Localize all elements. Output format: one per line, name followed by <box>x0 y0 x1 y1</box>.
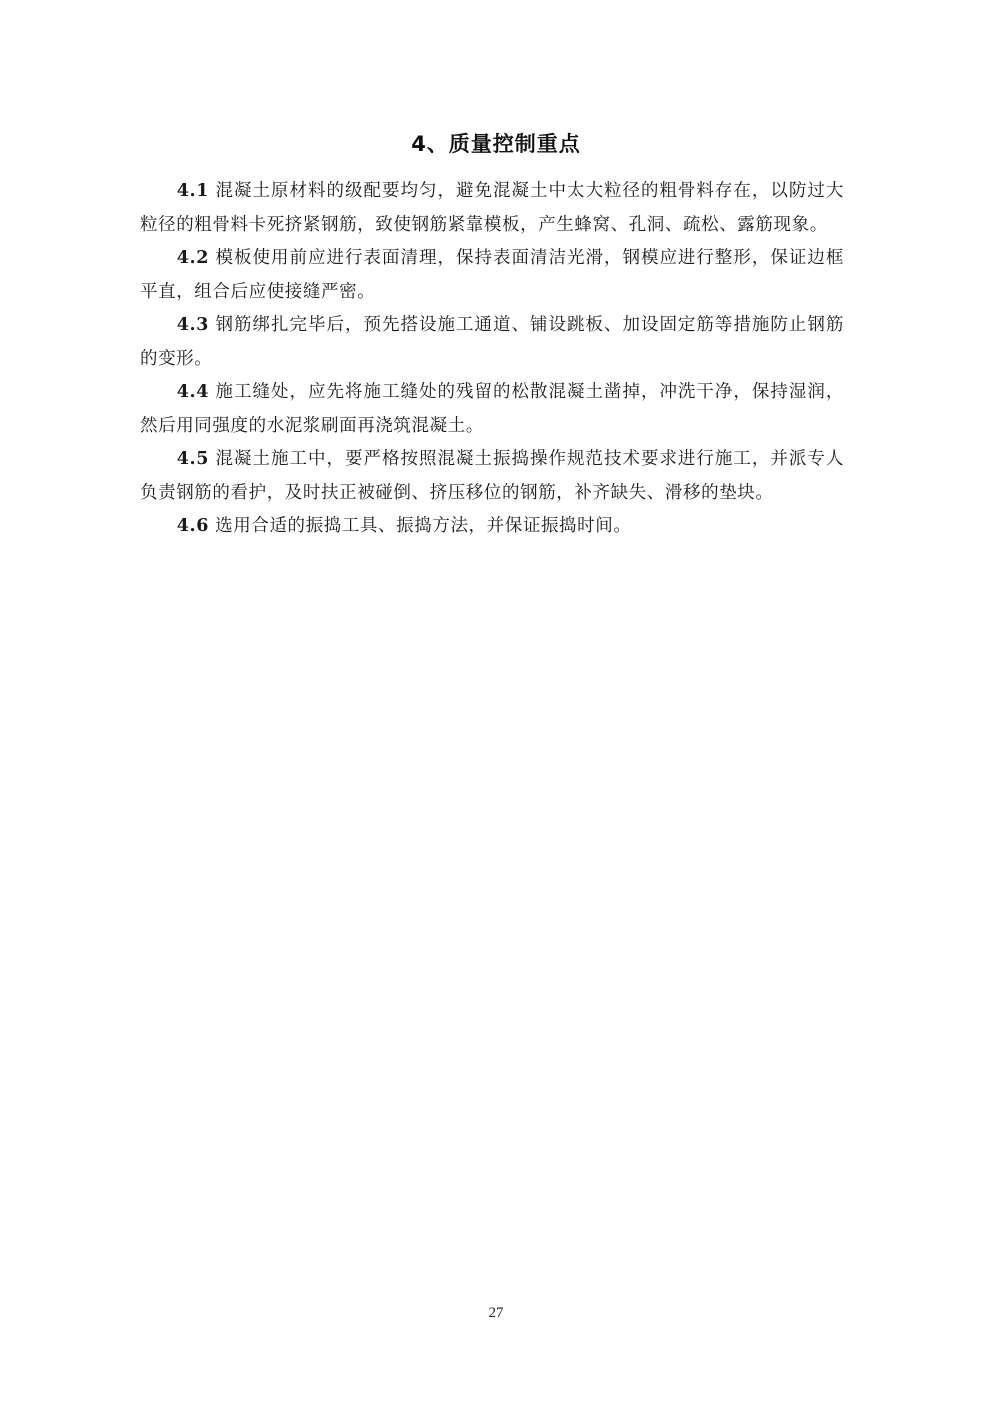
paragraph-number: 4.4 <box>177 382 209 402</box>
paragraph-number: 4.3 <box>177 315 209 335</box>
paragraph-text: 模板使用前应进行表面清理，保持表面清洁光滑，钢模应进行整形，保证边框平直，组合后… <box>140 248 844 302</box>
paragraph-4-4: 4.4 施工缝处，应先将施工缝处的残留的松散混凝土凿掉，冲洗干净，保持湿润，然后… <box>140 376 844 443</box>
paragraph-number: 4.6 <box>177 516 209 536</box>
paragraph-text: 混凝土施工中，要严格按照混凝土振捣操作规范技术要求进行施工，并派专人负责钢筋的看… <box>140 449 844 503</box>
paragraph-number: 4.1 <box>177 181 209 201</box>
paragraph-text: 选用合适的振捣工具、振捣方法，并保证振捣时间。 <box>209 516 631 536</box>
section-body: 4.1 混凝土原材料的级配要均匀，避免混凝土中太大粒径的粗骨料存在，以防过大粒径… <box>140 175 844 544</box>
paragraph-number: 4.5 <box>177 449 209 469</box>
document-page: 4、质量控制重点 4.1 混凝土原材料的级配要均匀，避免混凝土中太大粒径的粗骨料… <box>0 0 992 1403</box>
paragraph-4-5: 4.5 混凝土施工中，要严格按照混凝土振捣操作规范技术要求进行施工，并派专人负责… <box>140 443 844 510</box>
paragraph-text: 混凝土原材料的级配要均匀，避免混凝土中太大粒径的粗骨料存在，以防过大粒径的粗骨料… <box>140 181 844 235</box>
paragraph-text: 钢筋绑扎完毕后，预先搭设施工通道、铺设跳板、加设固定筋等措施防止钢筋的变形。 <box>140 315 844 369</box>
paragraph-4-3: 4.3 钢筋绑扎完毕后，预先搭设施工通道、铺设跳板、加设固定筋等措施防止钢筋的变… <box>140 309 844 376</box>
paragraph-4-6: 4.6 选用合适的振捣工具、振捣方法，并保证振捣时间。 <box>140 510 844 544</box>
page-number: 27 <box>0 1305 992 1322</box>
section-heading: 4、质量控制重点 <box>0 128 992 158</box>
paragraph-text: 施工缝处，应先将施工缝处的残留的松散混凝土凿掉，冲洗干净，保持湿润，然后用同强度… <box>140 382 844 436</box>
paragraph-4-1: 4.1 混凝土原材料的级配要均匀，避免混凝土中太大粒径的粗骨料存在，以防过大粒径… <box>140 175 844 242</box>
paragraph-number: 4.2 <box>177 248 209 268</box>
paragraph-4-2: 4.2 模板使用前应进行表面清理，保持表面清洁光滑，钢模应进行整形，保证边框平直… <box>140 242 844 309</box>
